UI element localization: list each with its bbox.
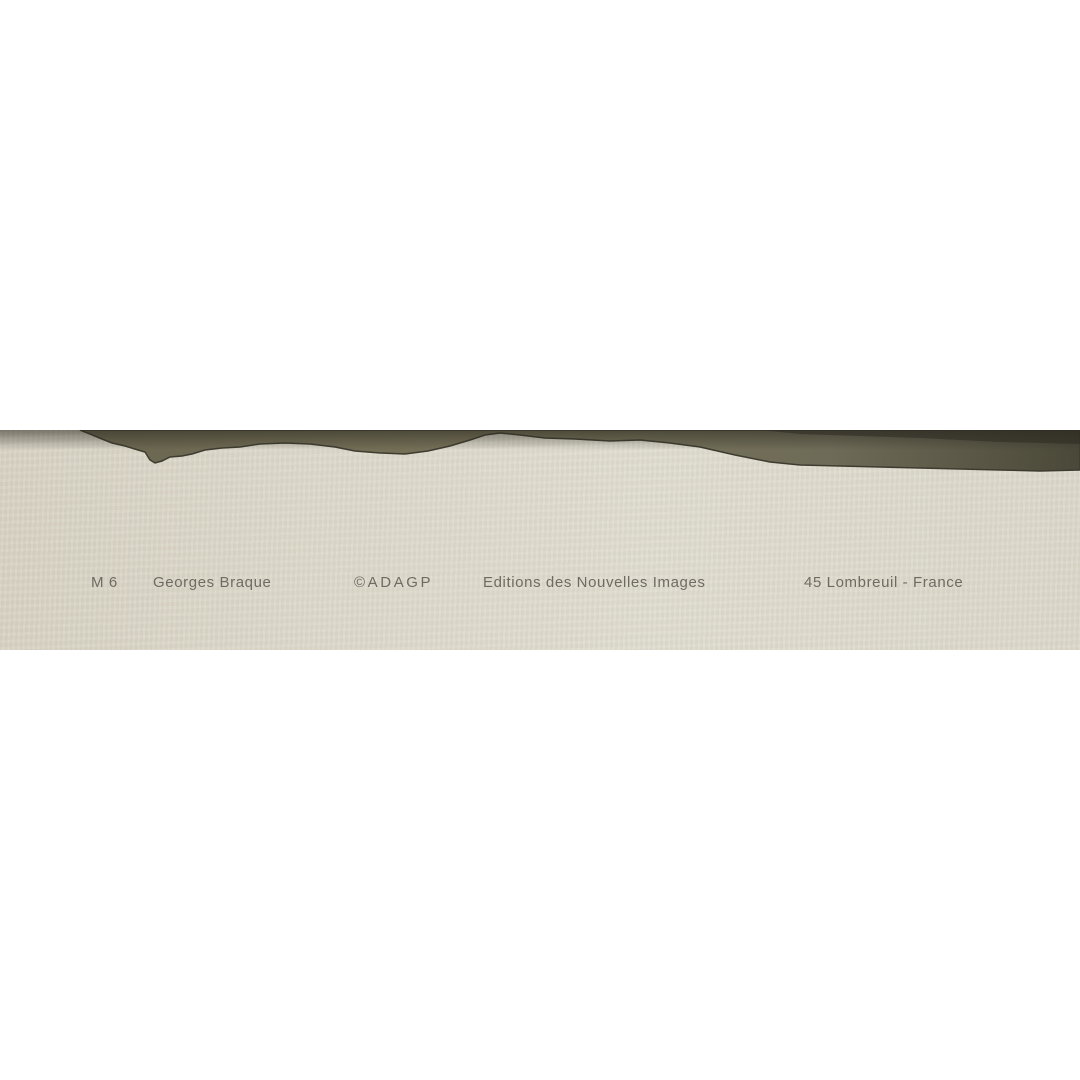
ink-wash-edge	[0, 430, 1080, 490]
copyright-notice: ©ADAGP	[354, 574, 433, 591]
print-code: M 6	[91, 574, 118, 591]
printer-caption-line: M 6 Georges Braque ©ADAGP Editions des N…	[0, 570, 1080, 600]
publisher-location: 45 Lombreuil - France	[804, 574, 963, 591]
publisher-name: Editions des Nouvelles Images	[483, 574, 706, 591]
poster-margin-strip: M 6 Georges Braque ©ADAGP Editions des N…	[0, 430, 1080, 650]
artist-name: Georges Braque	[153, 574, 271, 591]
